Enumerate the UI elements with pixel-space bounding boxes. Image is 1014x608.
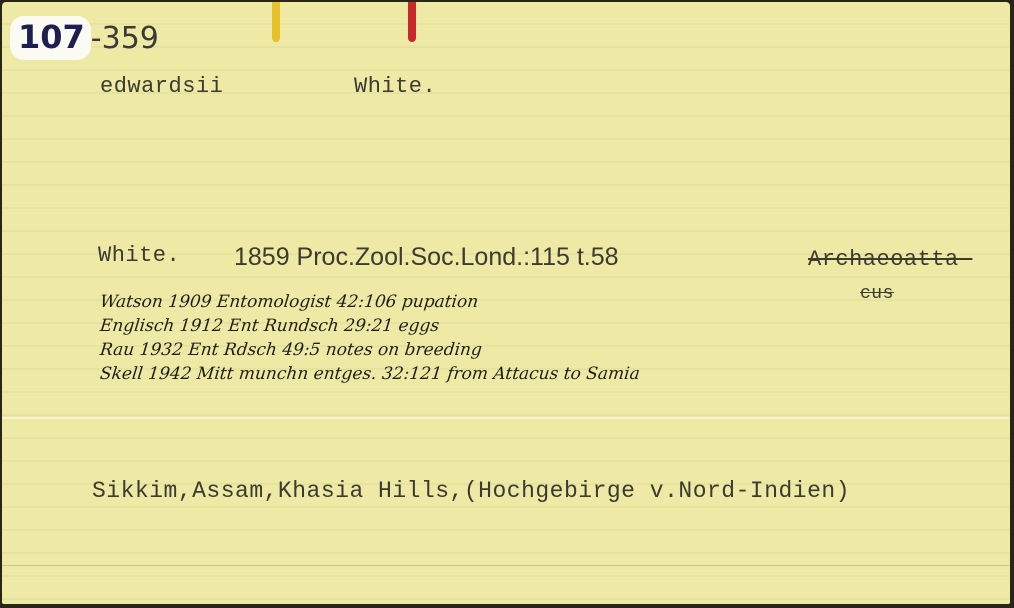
handwritten-note-1: Watson 1909 Entomologist 42:106 pupation [99,292,479,312]
red-tab-marker [408,2,416,42]
struck-genus-line1: Archaeoatta- [808,247,972,272]
catalog-number-suffix: -359 [91,21,159,56]
handwritten-note-3: Rau 1932 Ent Rdsch 49:5 notes on breedin… [99,340,483,360]
catalog-number-stamp: 107 [10,16,91,60]
yellow-tab-marker [272,2,280,42]
species-name: edwardsii [100,74,223,99]
handwritten-note-4: Skell 1942 Mitt munchn entges. 32:121 fr… [99,364,641,384]
species-author: White. [354,74,436,99]
card-bottom-rule [2,565,1010,566]
catalog-number: 107-359 [10,16,159,60]
reference-citation: 1859 Proc.Zool.Soc.Lond.:115 t.58 [234,243,619,272]
index-card: 107-359 edwardsii White. White. 1859 Pro… [2,2,1010,604]
reference-author: White. [98,243,180,268]
handwritten-note-2: Englisch 1912 Ent Rundsch 29:21 eggs [99,316,440,336]
distribution: Sikkim,Assam,Khasia Hills,(Hochgebirge v… [92,478,850,504]
card-divider-line [2,417,1010,419]
struck-genus-line2: cus [860,284,894,304]
